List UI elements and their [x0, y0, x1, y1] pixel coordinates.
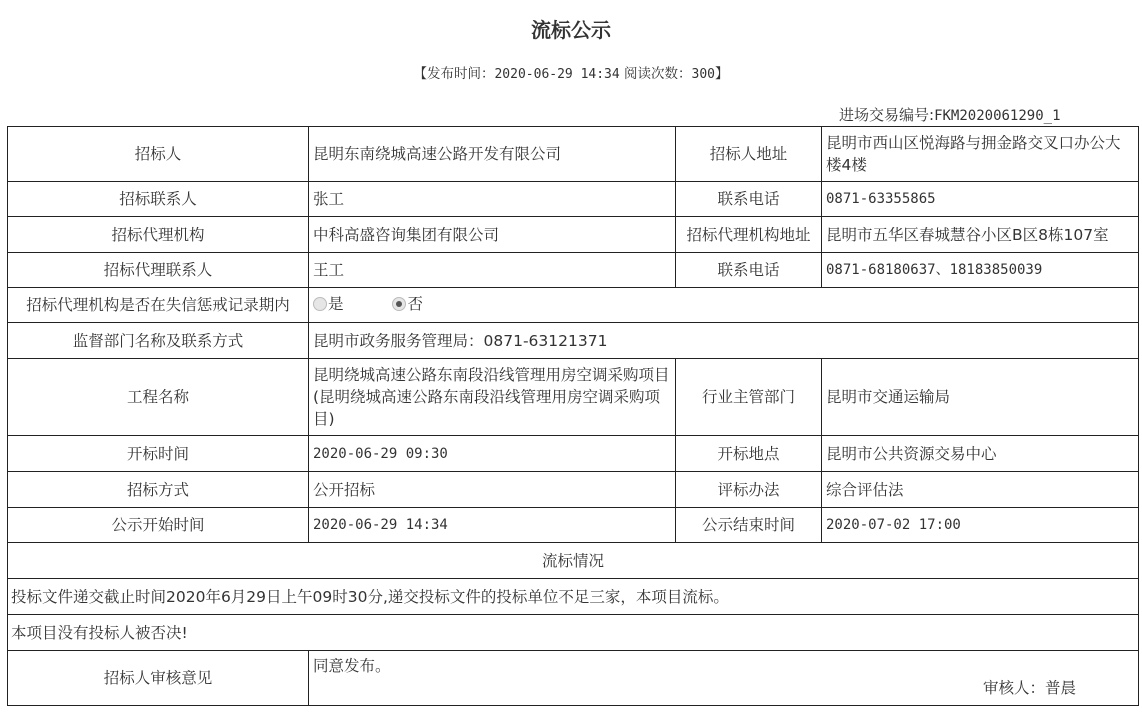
project-name-value: 昆明绕城高速公路东南段沿线管理用房空调采购项目(昆明绕城高速公路东南段沿线管理用…	[309, 359, 676, 436]
project-name-label: 工程名称	[8, 359, 309, 436]
tenderer-phone-label: 联系电话	[676, 182, 822, 217]
tenderer-contact-value: 张工	[309, 182, 676, 217]
radio-yes-icon[interactable]	[313, 297, 327, 311]
radio-option-yes[interactable]: 是	[313, 293, 344, 315]
agency-contact-value: 王工	[309, 253, 676, 288]
tenderer-address-label: 招标人地址	[676, 127, 822, 182]
agency-address-value: 昆明市五华区春城慧谷小区B区8栋107室	[822, 217, 1139, 253]
dishonest-record-label: 招标代理机构是否在失信惩戒记录期内	[8, 288, 309, 323]
failure-section-heading: 流标情况	[8, 543, 1139, 579]
table-row: 招标联系人 张工 联系电话 0871-63355865	[8, 182, 1139, 217]
read-count: 300	[692, 67, 715, 82]
tenderer-value: 昆明东南绕城高速公路开发有限公司	[309, 127, 676, 182]
agency-phone-label: 联系电话	[676, 253, 822, 288]
trade-number-label: 进场交易编号:	[839, 106, 934, 124]
radio-no-icon[interactable]	[392, 297, 406, 311]
notice-end-label: 公示结束时间	[676, 508, 822, 543]
tenderer-contact-label: 招标联系人	[8, 182, 309, 217]
rejection-note: 本项目没有投标人被否决!	[8, 615, 1139, 651]
table-row: 招标人 昆明东南绕城高速公路开发有限公司 招标人地址 昆明市西山区悦海路与拥金路…	[8, 127, 1139, 182]
radio-option-no[interactable]: 否	[392, 293, 423, 315]
failure-reason: 投标文件递交截止时间2020年6月29日上午09时30分,递交投标文件的投标单位…	[8, 579, 1139, 615]
tenderer-phone-value: 0871-63355865	[822, 182, 1139, 217]
table-row: 开标时间 2020-06-29 09:30 开标地点 昆明市公共资源交易中心	[8, 436, 1139, 472]
publish-prefix: 【发布时间：	[413, 66, 494, 82]
review-opinion-value: 同意发布。	[313, 657, 391, 675]
open-place-value: 昆明市公共资源交易中心	[822, 436, 1139, 472]
publish-time: 2020-06-29 14:34	[494, 67, 619, 82]
evaluation-method-value: 综合评估法	[822, 472, 1139, 508]
trade-number: 进场交易编号:FKM2020061290_1	[839, 104, 1061, 125]
evaluation-method-label: 评标办法	[676, 472, 822, 508]
dishonest-record-options: 是 否	[309, 288, 1139, 323]
table-row: 招标代理机构 中科高盛咨询集团有限公司 招标代理机构地址 昆明市五华区春城慧谷小…	[8, 217, 1139, 253]
agency-phone-value: 0871-68180637、18183850039	[822, 253, 1139, 288]
announcement-table: 招标人 昆明东南绕城高速公路开发有限公司 招标人地址 昆明市西山区悦海路与拥金路…	[7, 126, 1139, 706]
table-row: 流标情况	[8, 543, 1139, 579]
table-row: 工程名称 昆明绕城高速公路东南段沿线管理用房空调采购项目(昆明绕城高速公路东南段…	[8, 359, 1139, 436]
notice-start-value: 2020-06-29 14:34	[309, 508, 676, 543]
supervisor-label: 监督部门名称及联系方式	[8, 323, 309, 359]
trade-number-value: FKM2020061290_1	[934, 108, 1060, 124]
table-row: 本项目没有投标人被否决!	[8, 615, 1139, 651]
tenderer-label: 招标人	[8, 127, 309, 182]
page-title: 流标公示	[0, 14, 1142, 43]
read-count-label: 阅读次数：	[620, 66, 692, 82]
open-time-value: 2020-06-29 09:30	[309, 436, 676, 472]
table-row: 监督部门名称及联系方式 昆明市政务服务管理局：0871-63121371	[8, 323, 1139, 359]
notice-start-label: 公示开始时间	[8, 508, 309, 543]
publish-suffix: 】	[715, 66, 729, 82]
table-row: 招标代理联系人 王工 联系电话 0871-68180637、1818385003…	[8, 253, 1139, 288]
supervisor-value: 昆明市政务服务管理局：0871-63121371	[309, 323, 1139, 359]
agency-label: 招标代理机构	[8, 217, 309, 253]
table-row: 投标文件递交截止时间2020年6月29日上午09时30分,递交投标文件的投标单位…	[8, 579, 1139, 615]
industry-dept-label: 行业主管部门	[676, 359, 822, 436]
notice-end-value: 2020-07-02 17:00	[822, 508, 1139, 543]
radio-no-label: 否	[407, 293, 423, 315]
reviewer-name: 审核人：普晨	[983, 677, 1076, 699]
open-place-label: 开标地点	[676, 436, 822, 472]
table-row: 公示开始时间 2020-06-29 14:34 公示结束时间 2020-07-0…	[8, 508, 1139, 543]
table-row: 招标方式 公开招标 评标办法 综合评估法	[8, 472, 1139, 508]
review-opinion-label: 招标人审核意见	[8, 651, 309, 706]
industry-dept-value: 昆明市交通运输局	[822, 359, 1139, 436]
open-time-label: 开标时间	[8, 436, 309, 472]
table-row: 招标代理机构是否在失信惩戒记录期内 是 否	[8, 288, 1139, 323]
table-row: 招标人审核意见 同意发布。 审核人：普晨	[8, 651, 1139, 706]
review-opinion-cell: 同意发布。 审核人：普晨	[309, 651, 1139, 706]
tenderer-address-value: 昆明市西山区悦海路与拥金路交叉口办公大楼4楼	[822, 127, 1139, 182]
tender-method-value: 公开招标	[309, 472, 676, 508]
agency-contact-label: 招标代理联系人	[8, 253, 309, 288]
publish-info: 【发布时间：2020-06-29 14:34 阅读次数：300】	[0, 62, 1142, 82]
agency-value: 中科高盛咨询集团有限公司	[309, 217, 676, 253]
agency-address-label: 招标代理机构地址	[676, 217, 822, 253]
radio-yes-label: 是	[328, 293, 344, 315]
tender-method-label: 招标方式	[8, 472, 309, 508]
